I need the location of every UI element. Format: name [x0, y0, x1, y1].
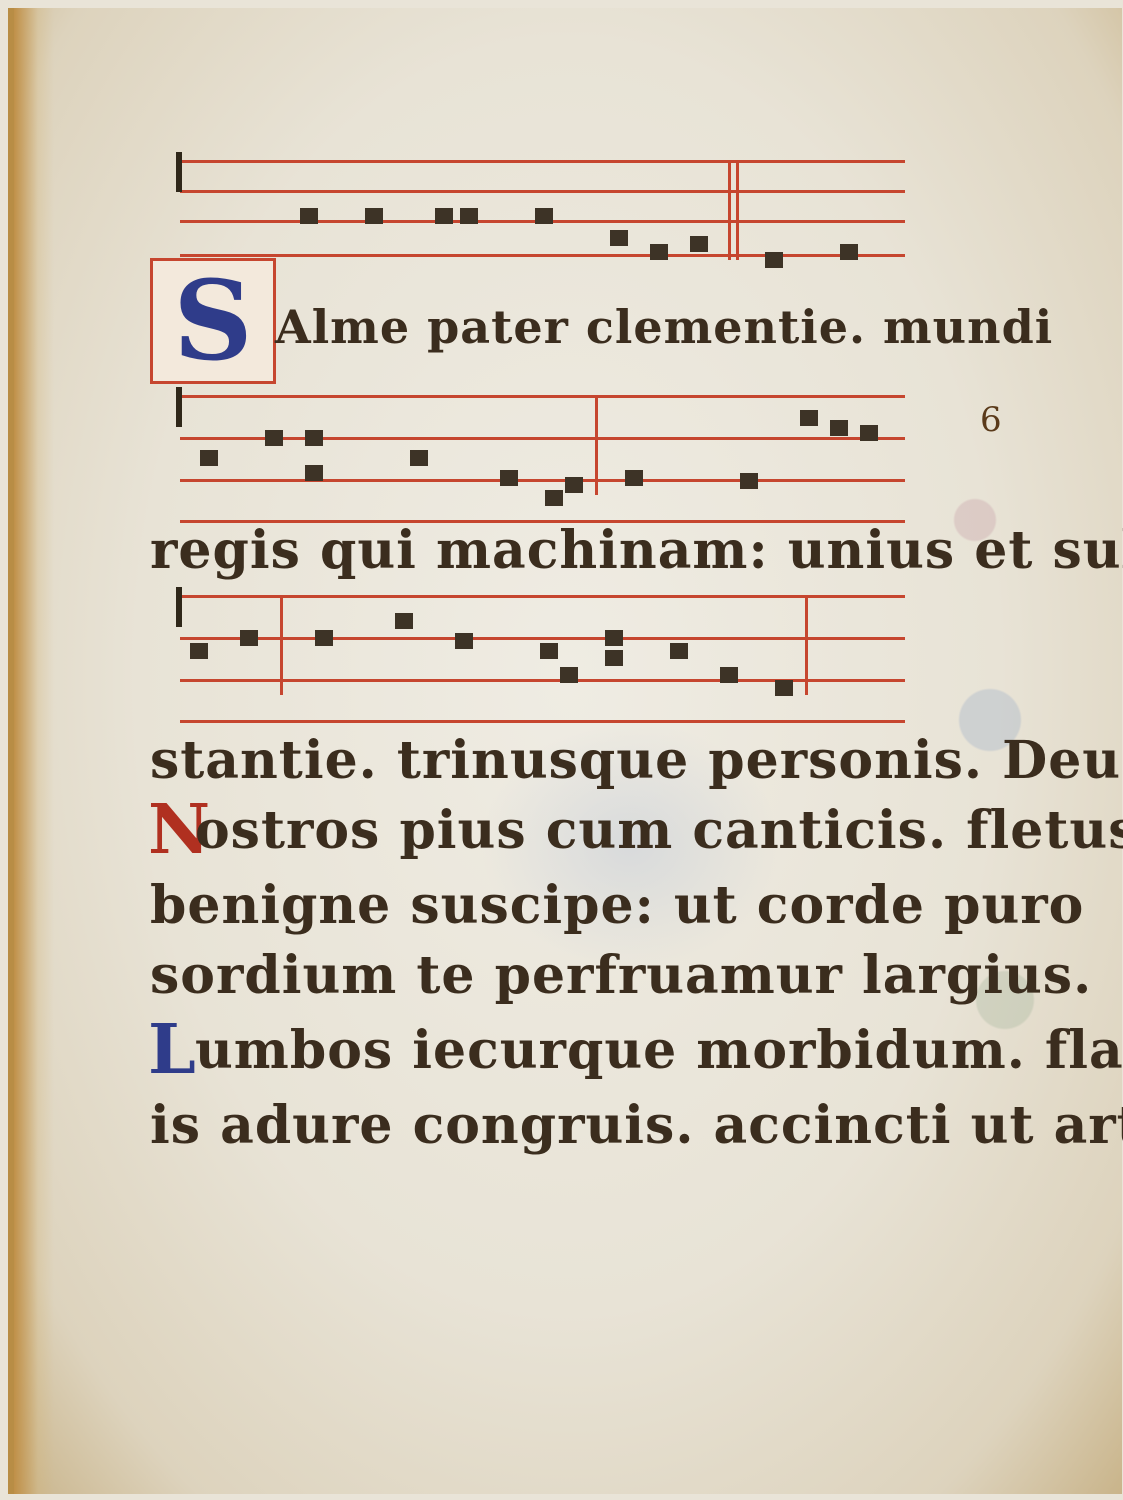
neume-note [840, 244, 858, 260]
neume-note [565, 477, 583, 493]
staff-line [180, 190, 905, 193]
decorated-initial-l: L [148, 1015, 192, 1085]
neume-note [240, 630, 258, 646]
staff-line [180, 437, 905, 440]
neume-note [305, 430, 323, 446]
neume-note [720, 667, 738, 683]
bar-line [728, 160, 731, 260]
text-line-4: ostros pius cum canticis. fletus [195, 800, 1123, 861]
text-line-3: stantie. trinusque personis. Deus [150, 730, 1123, 791]
neume-note [455, 633, 473, 649]
neume-note [305, 465, 323, 481]
text-line-7: umbos iecurque morbidum. flam [195, 1020, 1123, 1081]
neume-note [265, 430, 283, 446]
neume-note [650, 244, 668, 260]
staff-line [180, 479, 905, 482]
neume-note [605, 630, 623, 646]
neume-note [610, 230, 628, 246]
clef-icon [176, 152, 182, 192]
decorated-initial-n: N [148, 795, 192, 865]
neume-note [800, 410, 818, 426]
staff-line [180, 254, 905, 257]
neume-note [690, 236, 708, 252]
neume-note [740, 473, 758, 489]
bar-line [280, 595, 283, 695]
bar-line [736, 160, 739, 260]
clef-icon [176, 387, 182, 427]
text-line-2: regis qui machinam: unius et sub [150, 520, 1123, 581]
neume-note [535, 208, 553, 224]
neume-note [200, 450, 218, 466]
text-line-1: Alme pater clementie. mundi [275, 300, 1053, 354]
neume-note [315, 630, 333, 646]
staff-line [180, 720, 905, 723]
illuminated-initial-s: S [150, 258, 276, 384]
neume-note [435, 208, 453, 224]
neume-note [765, 252, 783, 268]
neume-note [670, 643, 688, 659]
staff-line [180, 679, 905, 682]
staff-line [180, 595, 905, 598]
edge-stain [14, 8, 54, 1494]
bar-line [805, 595, 808, 695]
staff-line [180, 637, 905, 640]
neume-note [500, 470, 518, 486]
text-line-6: sordium te perfruamur largius. [150, 945, 1092, 1006]
bar-line [595, 395, 598, 495]
text-line-8: is adure congruis. accincti ut artus [150, 1095, 1123, 1156]
staff-line [180, 395, 905, 398]
neume-note [395, 613, 413, 629]
neume-note [625, 470, 643, 486]
neume-note [860, 425, 878, 441]
clef-icon [176, 587, 182, 627]
neume-note [545, 490, 563, 506]
neume-note [300, 208, 318, 224]
neume-note [605, 650, 623, 666]
neume-note [560, 667, 578, 683]
staff-line [180, 160, 905, 163]
neume-note [410, 450, 428, 466]
neume-note [190, 643, 208, 659]
text-line-5: benigne suscipe: ut corde puro [150, 875, 1084, 936]
neume-note [540, 643, 558, 659]
neume-note [775, 680, 793, 696]
neume-note [460, 208, 478, 224]
neume-note [830, 420, 848, 436]
folio-number: 6 [980, 400, 1002, 440]
neume-note [365, 208, 383, 224]
